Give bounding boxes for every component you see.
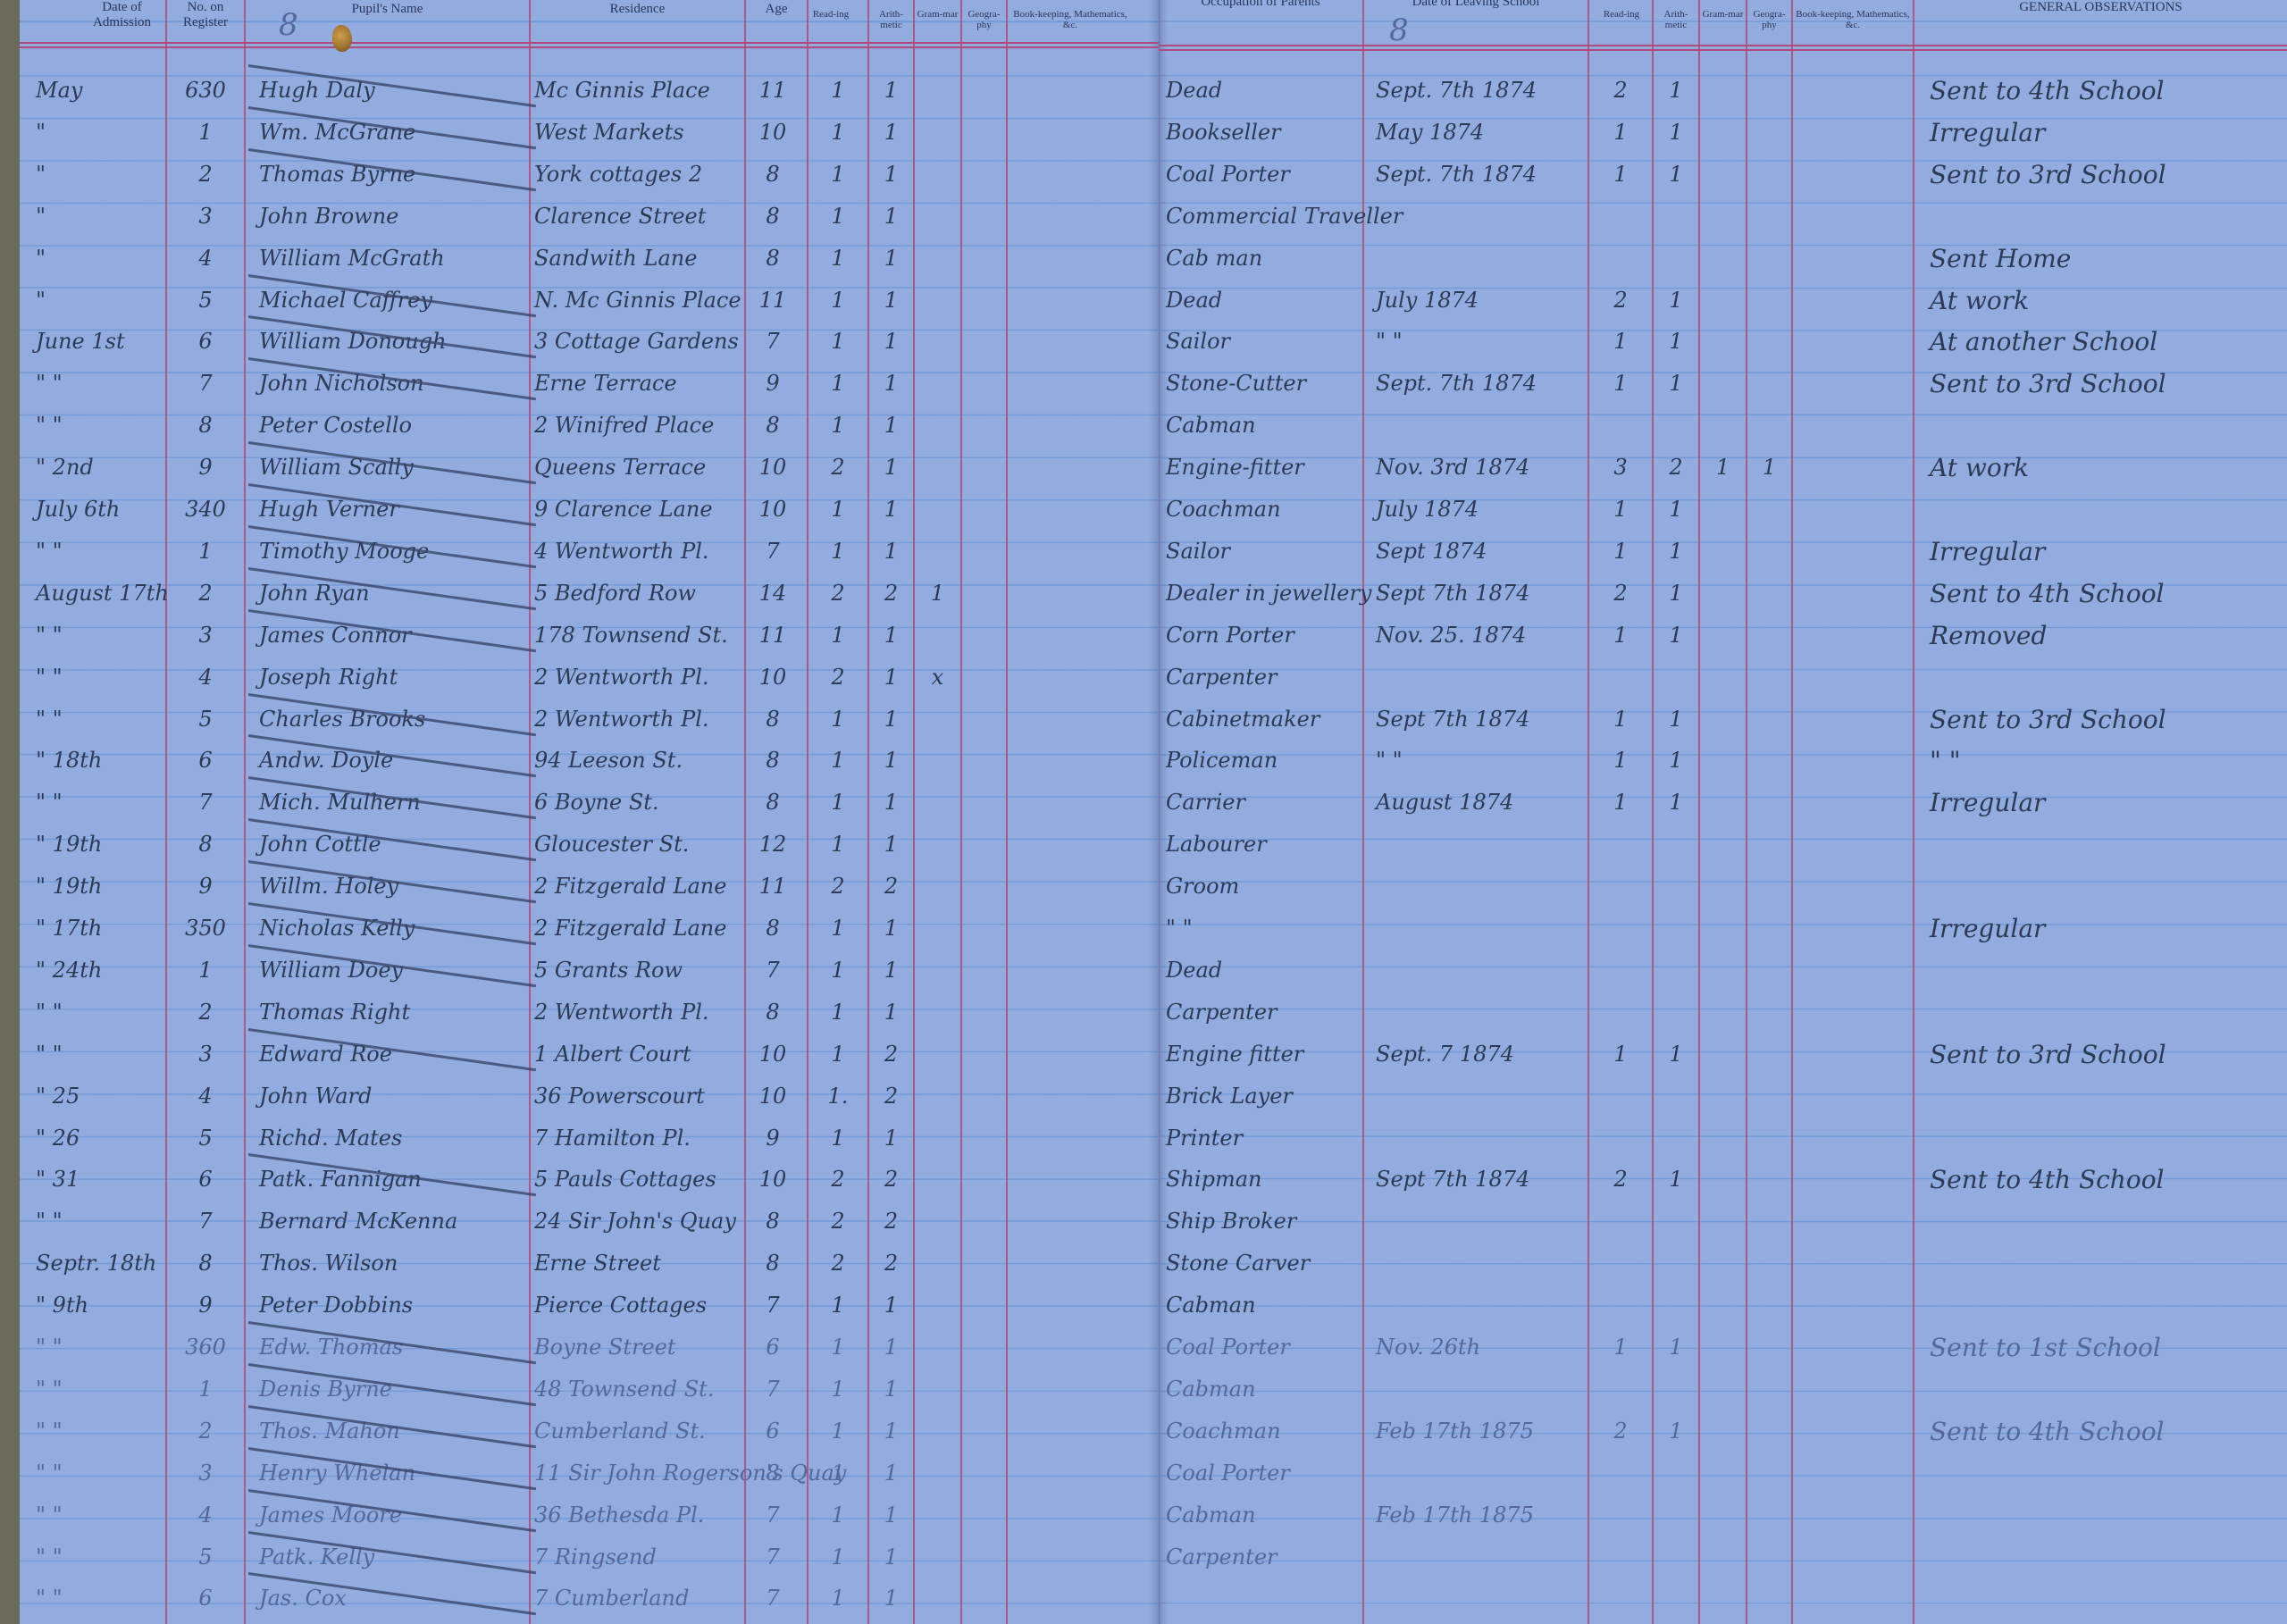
arithmetic-grade: 1 xyxy=(869,1411,913,1452)
reading-grade xyxy=(1589,950,1652,992)
grammar-grade xyxy=(1700,196,1746,238)
header-bookkeeping: Book-keeping, Mathematics, &c. xyxy=(1008,9,1133,30)
admission-date: " " xyxy=(36,405,165,447)
parent-occupation: Cabman xyxy=(1166,1285,1361,1327)
reading-grade: 1 xyxy=(808,1452,867,1494)
geography-grade xyxy=(1747,489,1791,531)
residence: 2 Wentworth Pl. xyxy=(534,992,741,1034)
register-number: 9 xyxy=(167,866,244,908)
grammar-grade xyxy=(1700,1452,1746,1494)
general-observation: Sent to 3rd School xyxy=(1930,699,2287,741)
arithmetic-grade: 1 xyxy=(1654,1159,1698,1201)
admission-date: " 26 xyxy=(36,1118,165,1159)
rule-line xyxy=(1913,0,1914,1624)
age: 11 xyxy=(746,280,800,322)
reading-grade: 1 xyxy=(1589,489,1652,531)
age: 7 xyxy=(746,321,800,363)
geography-grade xyxy=(1747,1452,1791,1494)
reading-grade: 1 xyxy=(808,70,867,112)
pupil-name: Willm. Holey xyxy=(259,866,527,908)
reading-grade: 1 xyxy=(808,112,867,154)
grammar-grade xyxy=(1700,1243,1746,1285)
grammar-grade xyxy=(915,1369,960,1411)
register-number: 2 xyxy=(167,573,244,615)
residence: 9 Clarence Lane xyxy=(534,489,741,531)
geography-grade xyxy=(1747,154,1791,196)
general-observation xyxy=(1930,1201,2287,1243)
register-number: 6 xyxy=(167,1159,244,1201)
grammar-grade xyxy=(915,824,960,866)
register-number: 3 xyxy=(167,1034,244,1076)
reading-grade: 2 xyxy=(1589,1411,1652,1452)
general-observation: At another School xyxy=(1930,321,2287,363)
arithmetic-grade xyxy=(1654,1494,1698,1536)
grammar-grade xyxy=(915,782,960,824)
geography-grade xyxy=(1747,908,1791,950)
residence: 2 Winifred Place xyxy=(534,405,741,447)
parent-occupation: Labourer xyxy=(1166,824,1361,866)
leaving-date: Feb 17th 1875 xyxy=(1376,1411,1586,1452)
reading-grade: 1 xyxy=(808,1285,867,1327)
parent-occupation: Ship Broker xyxy=(1166,1201,1361,1243)
register-number: 3 xyxy=(167,196,244,238)
pupil-name: William McGrath xyxy=(259,238,527,280)
arithmetic-grade: 1 xyxy=(869,824,913,866)
pupil-name: Patk. Fannigan xyxy=(259,1159,527,1201)
admission-date: " " xyxy=(36,782,165,824)
register-number: 1 xyxy=(167,1369,244,1411)
age: 8 xyxy=(746,405,800,447)
general-observation: Sent to 3rd School xyxy=(1930,1034,2287,1076)
parent-occupation: Dead xyxy=(1166,950,1361,992)
residence: 2 Wentworth Pl. xyxy=(534,657,741,699)
register-number: 3 xyxy=(167,615,244,657)
arithmetic-grade xyxy=(1654,1118,1698,1159)
parent-occupation: Cabman xyxy=(1166,1369,1361,1411)
arithmetic-grade: 1 xyxy=(1654,740,1698,782)
admission-date: " " xyxy=(36,363,165,405)
pupil-name: Mich. Mulhern xyxy=(259,782,527,824)
grammar-grade xyxy=(1700,782,1746,824)
grammar-grade: 1 xyxy=(915,573,960,615)
header-geography: Geogra-phy xyxy=(1747,9,1791,30)
pupil-name: Nicholas Kelly xyxy=(259,908,527,950)
reading-grade: 2 xyxy=(808,657,867,699)
general-observation: Sent to 1st School xyxy=(1930,1327,2287,1369)
reading-grade: 1 xyxy=(1589,1034,1652,1076)
pupil-name: Thomas Right xyxy=(259,992,527,1034)
leaving-date xyxy=(1376,1452,1586,1494)
age: 11 xyxy=(746,70,800,112)
admission-date: " 19th xyxy=(36,866,165,908)
residence: Queens Terrace xyxy=(534,447,741,489)
general-observation: Sent to 4th School xyxy=(1930,70,2287,112)
arithmetic-grade: 1 xyxy=(869,489,913,531)
general-observation: Sent to 4th School xyxy=(1930,573,2287,615)
pupil-name: Bernard McKenna xyxy=(259,1201,527,1243)
geography-grade xyxy=(1747,238,1791,280)
arithmetic-grade: 1 xyxy=(869,950,913,992)
reading-grade xyxy=(1589,1494,1652,1536)
residence: 36 Bethesda Pl. xyxy=(534,1494,741,1536)
general-observation xyxy=(1930,196,2287,238)
header-grammar: Gram-mar xyxy=(915,9,960,20)
general-observation: " " xyxy=(1930,740,2287,782)
paper-stain xyxy=(332,25,352,52)
reading-grade: 1 xyxy=(808,992,867,1034)
age: 8 xyxy=(746,699,800,741)
arithmetic-grade: 1 xyxy=(1654,573,1698,615)
arithmetic-grade: 1 xyxy=(1654,1327,1698,1369)
pupil-name: James Connor xyxy=(259,615,527,657)
grammar-grade xyxy=(915,1494,960,1536)
arithmetic-grade: 1 xyxy=(1654,112,1698,154)
rule-line xyxy=(244,0,246,1624)
grammar-grade xyxy=(915,363,960,405)
parent-occupation xyxy=(1166,1578,1361,1620)
arithmetic-grade: 1 xyxy=(869,1536,913,1578)
admission-date: " " xyxy=(36,657,165,699)
general-observation xyxy=(1930,1076,2287,1118)
admission-date: " " xyxy=(36,1327,165,1369)
reading-grade xyxy=(1589,1369,1652,1411)
parent-occupation: Brick Layer xyxy=(1166,1076,1361,1118)
general-observation xyxy=(1930,1452,2287,1494)
grammar-grade xyxy=(1700,824,1746,866)
leaving-date: Sept 7th 1874 xyxy=(1376,573,1586,615)
reading-grade: 1 xyxy=(808,1411,867,1452)
general-observation xyxy=(1930,405,2287,447)
age: 8 xyxy=(746,1243,800,1285)
general-observation xyxy=(1930,489,2287,531)
parent-occupation: Coal Porter xyxy=(1166,1452,1361,1494)
age: 10 xyxy=(746,489,800,531)
reading-grade: 1 xyxy=(1589,112,1652,154)
grammar-grade xyxy=(1700,573,1746,615)
grammar-grade xyxy=(1700,238,1746,280)
parent-occupation: Cab man xyxy=(1166,238,1361,280)
admission-date: " " xyxy=(36,1578,165,1620)
reading-grade xyxy=(1589,1201,1652,1243)
parent-occupation: Coal Porter xyxy=(1166,154,1361,196)
admission-date: " 2nd xyxy=(36,447,165,489)
residence: 36 Powerscourt xyxy=(534,1076,741,1118)
admission-date: " 17th xyxy=(36,908,165,950)
parent-occupation: Corn Porter xyxy=(1166,615,1361,657)
grammar-grade xyxy=(915,280,960,322)
register-number: 5 xyxy=(167,699,244,741)
register-number: 1 xyxy=(167,531,244,573)
residence: Sandwith Lane xyxy=(534,238,741,280)
arithmetic-grade: 1 xyxy=(869,1494,913,1536)
arithmetic-grade: 1 xyxy=(869,1285,913,1327)
age: 7 xyxy=(746,950,800,992)
admission-date: " " xyxy=(36,1494,165,1536)
general-observation xyxy=(1930,1578,2287,1620)
leaving-date: Feb 17th 1875 xyxy=(1376,1494,1586,1536)
grammar-grade xyxy=(915,1327,960,1369)
pupil-name: William Scally xyxy=(259,447,527,489)
pupil-name: Joseph Right xyxy=(259,657,527,699)
arithmetic-grade xyxy=(1654,1536,1698,1578)
reading-grade: 1. xyxy=(808,1076,867,1118)
leaving-date: Sept. 7th 1874 xyxy=(1376,70,1586,112)
leaving-date xyxy=(1376,1369,1586,1411)
geography-grade xyxy=(1747,363,1791,405)
leaving-date: Sept. 7 1874 xyxy=(1376,1034,1586,1076)
parent-occupation: Engine-fitter xyxy=(1166,447,1361,489)
residence: 5 Grants Row xyxy=(534,950,741,992)
arithmetic-grade: 1 xyxy=(869,363,913,405)
residence: 1 Albert Court xyxy=(534,1034,741,1076)
residence: Mc Ginnis Place xyxy=(534,70,741,112)
general-observation xyxy=(1930,1243,2287,1285)
register-number: 4 xyxy=(167,238,244,280)
residence: 7 Hamilton Pl. xyxy=(534,1118,741,1159)
reading-grade: 1 xyxy=(808,740,867,782)
pupil-name: William Doey xyxy=(259,950,527,992)
general-observation: Irregular xyxy=(1930,782,2287,824)
reading-grade: 1 xyxy=(808,1494,867,1536)
residence: 5 Pauls Cottages xyxy=(534,1159,741,1201)
arithmetic-grade xyxy=(1654,908,1698,950)
grammar-grade xyxy=(1700,1327,1746,1369)
header-arithmetic: Arith-metic xyxy=(1654,9,1698,30)
header-age: Age xyxy=(746,2,807,17)
leaving-date: Nov. 26th xyxy=(1376,1327,1586,1369)
pupil-name: Edward Roe xyxy=(259,1034,527,1076)
geography-grade xyxy=(1747,1369,1791,1411)
arithmetic-grade xyxy=(1654,1243,1698,1285)
general-observation: Sent Home xyxy=(1930,238,2287,280)
arithmetic-grade xyxy=(1654,1076,1698,1118)
reading-grade: 1 xyxy=(808,321,867,363)
reading-grade: 1 xyxy=(808,1536,867,1578)
leaving-date xyxy=(1376,657,1586,699)
rule-line xyxy=(529,0,531,1624)
residence: Erne Street xyxy=(534,1243,741,1285)
admission-date: " xyxy=(36,112,165,154)
register-number: 5 xyxy=(167,1118,244,1159)
grammar-grade xyxy=(1700,950,1746,992)
register-number: 5 xyxy=(167,1536,244,1578)
general-observation xyxy=(1930,950,2287,992)
arithmetic-grade: 2 xyxy=(869,866,913,908)
leaving-date xyxy=(1376,238,1586,280)
reading-grade: 1 xyxy=(808,405,867,447)
pencil-mark: 8 xyxy=(279,7,298,43)
age: 8 xyxy=(746,238,800,280)
leaving-date xyxy=(1376,992,1586,1034)
arithmetic-grade: 1 xyxy=(1654,154,1698,196)
admission-date: " " xyxy=(36,1452,165,1494)
general-observation: Sent to 3rd School xyxy=(1930,363,2287,405)
age: 7 xyxy=(746,1536,800,1578)
grammar-grade xyxy=(1700,405,1746,447)
parent-occupation: Groom xyxy=(1166,866,1361,908)
reading-grade: 1 xyxy=(808,238,867,280)
residence: Erne Terrace xyxy=(534,363,741,405)
grammar-grade xyxy=(1700,1494,1746,1536)
geography-grade xyxy=(1747,1494,1791,1536)
arithmetic-grade: 2 xyxy=(869,1159,913,1201)
leaving-date xyxy=(1376,1285,1586,1327)
reading-grade: 1 xyxy=(808,531,867,573)
leaving-date: July 1874 xyxy=(1376,280,1586,322)
arithmetic-grade: 1 xyxy=(869,1578,913,1620)
age: 8 xyxy=(746,196,800,238)
admission-date: " 24th xyxy=(36,950,165,992)
age: 10 xyxy=(746,1159,800,1201)
arithmetic-grade xyxy=(1654,992,1698,1034)
grammar-grade xyxy=(1700,112,1746,154)
grammar-grade xyxy=(1700,321,1746,363)
grammar-grade xyxy=(915,405,960,447)
reading-grade xyxy=(1589,1243,1652,1285)
geography-grade xyxy=(1747,70,1791,112)
grammar-grade xyxy=(915,740,960,782)
grammar-grade xyxy=(915,1076,960,1118)
register-number: 8 xyxy=(167,824,244,866)
admission-date: " 31 xyxy=(36,1159,165,1201)
reading-grade: 1 xyxy=(808,363,867,405)
geography-grade xyxy=(1747,1034,1791,1076)
arithmetic-grade: 2 xyxy=(869,573,913,615)
parent-occupation: Printer xyxy=(1166,1118,1361,1159)
grammar-grade xyxy=(1700,1159,1746,1201)
grammar-grade xyxy=(915,1536,960,1578)
age: 8 xyxy=(746,908,800,950)
arithmetic-grade: 1 xyxy=(869,657,913,699)
reading-grade xyxy=(1589,657,1652,699)
age: 6 xyxy=(746,1411,800,1452)
admission-date: " " xyxy=(36,531,165,573)
reading-grade: 1 xyxy=(808,1327,867,1369)
reading-grade xyxy=(1589,1118,1652,1159)
general-observation xyxy=(1930,1285,2287,1327)
admission-date: July 6th xyxy=(36,489,165,531)
arithmetic-grade xyxy=(1654,950,1698,992)
parent-occupation: Carpenter xyxy=(1166,992,1361,1034)
arithmetic-grade: 1 xyxy=(869,405,913,447)
register-number: 5 xyxy=(167,280,244,322)
register-number: 4 xyxy=(167,1494,244,1536)
geography-grade xyxy=(1747,782,1791,824)
reading-grade: 1 xyxy=(1589,321,1652,363)
arithmetic-grade: 1 xyxy=(869,196,913,238)
pupil-name: Hugh Daly xyxy=(259,70,527,112)
parent-occupation: Cabman xyxy=(1166,405,1361,447)
pupil-name: Timothy Mooge xyxy=(259,531,527,573)
admission-date: " xyxy=(36,238,165,280)
residence: 178 Townsend St. xyxy=(534,615,741,657)
arithmetic-grade xyxy=(1654,238,1698,280)
arithmetic-grade xyxy=(1654,405,1698,447)
reading-grade xyxy=(1589,992,1652,1034)
arithmetic-grade: 2 xyxy=(1654,447,1698,489)
arithmetic-grade: 1 xyxy=(869,1118,913,1159)
grammar-grade xyxy=(915,1201,960,1243)
arithmetic-grade xyxy=(1654,1578,1698,1620)
register-number: 8 xyxy=(167,405,244,447)
parent-occupation: Dealer in jewellery xyxy=(1166,573,1361,615)
arithmetic-grade: 1 xyxy=(869,531,913,573)
reading-grade: 1 xyxy=(808,824,867,866)
reading-grade xyxy=(1589,1285,1652,1327)
age: 7 xyxy=(746,1285,800,1327)
admission-date: " " xyxy=(36,1201,165,1243)
pupil-name: Wm. McGrane xyxy=(259,112,527,154)
geography-grade xyxy=(1747,112,1791,154)
pupil-name: Thos. Wilson xyxy=(259,1243,527,1285)
reading-grade: 1 xyxy=(1589,615,1652,657)
leaving-date: Sept. 7th 1874 xyxy=(1376,154,1586,196)
reading-grade: 1 xyxy=(808,699,867,741)
arithmetic-grade: 2 xyxy=(869,1243,913,1285)
admission-date: " " xyxy=(36,1411,165,1452)
geography-grade xyxy=(1747,573,1791,615)
register-number: 360 xyxy=(167,1327,244,1369)
arithmetic-grade: 1 xyxy=(1654,321,1698,363)
reading-grade: 1 xyxy=(808,1369,867,1411)
age: 10 xyxy=(746,657,800,699)
residence: 3 Cottage Gardens xyxy=(534,321,741,363)
pupil-name: Andw. Doyle xyxy=(259,740,527,782)
grammar-grade xyxy=(1700,154,1746,196)
pupil-name: Jas. Cox xyxy=(259,1578,527,1620)
grammar-grade xyxy=(915,154,960,196)
arithmetic-grade: 1 xyxy=(869,1452,913,1494)
general-observation xyxy=(1930,824,2287,866)
reading-grade: 1 xyxy=(1589,154,1652,196)
header-arithmetic: Arith-metic xyxy=(869,9,913,30)
reading-grade: 1 xyxy=(808,196,867,238)
parent-occupation: Carpenter xyxy=(1166,657,1361,699)
admission-date: " " xyxy=(36,615,165,657)
arithmetic-grade: 2 xyxy=(869,1076,913,1118)
grammar-grade xyxy=(915,1034,960,1076)
age: 8 xyxy=(746,740,800,782)
reading-grade: 1 xyxy=(1589,740,1652,782)
leaving-date: Sept 1874 xyxy=(1376,531,1586,573)
arithmetic-grade: 2 xyxy=(869,1201,913,1243)
admission-date: Septr. 18th xyxy=(36,1243,165,1285)
leaving-date: Sept. 7th 1874 xyxy=(1376,363,1586,405)
register-number: 350 xyxy=(167,908,244,950)
grammar-grade xyxy=(1700,363,1746,405)
arithmetic-grade: 1 xyxy=(869,740,913,782)
pupil-name: Peter Costello xyxy=(259,405,527,447)
register-number: 6 xyxy=(167,1578,244,1620)
reading-grade xyxy=(1589,196,1652,238)
reading-grade: 1 xyxy=(808,280,867,322)
leaving-date xyxy=(1376,1076,1586,1118)
leaving-date: Nov. 3rd 1874 xyxy=(1376,447,1586,489)
leaving-date xyxy=(1376,1243,1586,1285)
residence: 7 Ringsend xyxy=(534,1536,741,1578)
residence: West Markets xyxy=(534,112,741,154)
geography-grade xyxy=(1747,1578,1791,1620)
parent-occupation: Shipman xyxy=(1166,1159,1361,1201)
age: 9 xyxy=(746,363,800,405)
reading-grade xyxy=(1589,908,1652,950)
reading-grade: 1 xyxy=(1589,531,1652,573)
parent-occupation: Stone Carver xyxy=(1166,1243,1361,1285)
arithmetic-grade xyxy=(1654,1452,1698,1494)
reading-grade xyxy=(1589,1536,1652,1578)
general-observation xyxy=(1930,1118,2287,1159)
grammar-grade xyxy=(915,866,960,908)
